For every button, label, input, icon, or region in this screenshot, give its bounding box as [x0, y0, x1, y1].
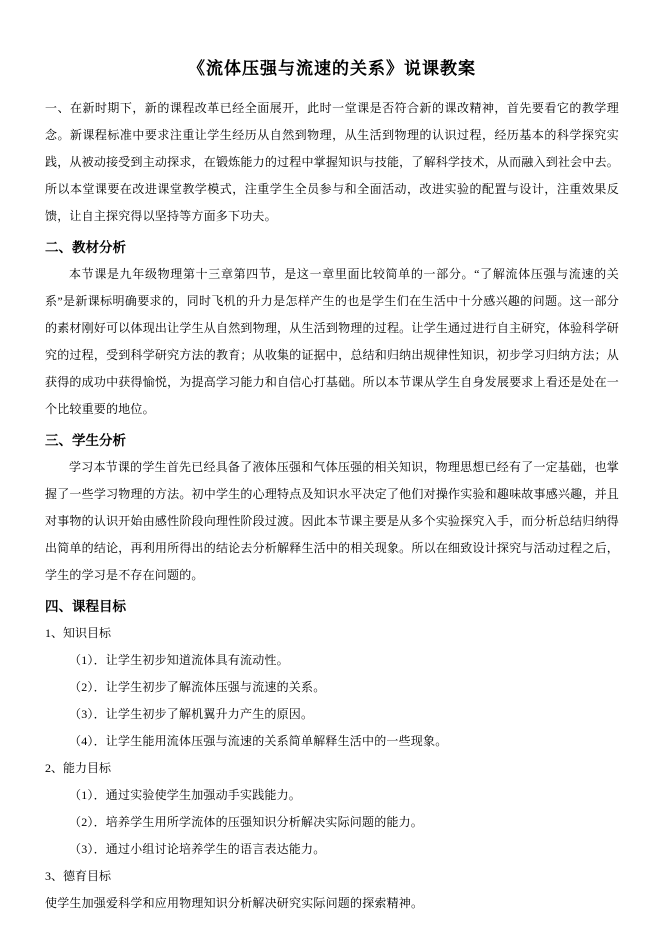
moral-goals-text: 使学生加强爱科学和应用物理知识分析解决研究实际问题的探索精神。: [45, 890, 619, 917]
intro-paragraph: 一、在新时期下，新的课程改革已经全面展开，此时一堂课是否符合新的课改精神，首先要…: [45, 95, 619, 230]
section-heading-textbook-analysis: 二、教材分析: [45, 234, 619, 261]
moral-goals-label: 3、德育目标: [45, 863, 619, 890]
knowledge-goal-item: （2）．让学生初步了解流体压强与流速的关系。: [45, 674, 619, 701]
knowledge-goal-item: （1）．让学生初步知道流体具有流动性。: [45, 647, 619, 674]
section-heading-student-analysis: 三、学生分析: [45, 427, 619, 454]
ability-goal-item: （1）．通过实验使学生加强动手实践能力。: [45, 782, 619, 809]
knowledge-goal-item: （4）．让学生能用流体压强与流速的关系简单解释生活中的一些现象。: [45, 728, 619, 755]
ability-goal-item: （2）．培养学生用所学流体的压强知识分析解决实际问题的能力。: [45, 809, 619, 836]
textbook-analysis-paragraph: 本节课是九年级物理第十三章第四节，是这一章里面比较简单的一部分。“了解流体压强与…: [45, 261, 619, 423]
ability-goals-label: 2、能力目标: [45, 755, 619, 782]
section-heading-course-goals: 四、课程目标: [45, 593, 619, 620]
knowledge-goals-label: 1、知识目标: [45, 620, 619, 647]
document-page: 《流体压强与流速的关系》说课教案 一、在新时期下，新的课程改革已经全面展开，此时…: [0, 0, 661, 935]
ability-goal-item: （3）．通过小组讨论培养学生的语言表达能力。: [45, 836, 619, 863]
page-title: 《流体压强与流速的关系》说课教案: [45, 56, 619, 82]
knowledge-goal-item: （3）．让学生初步了解机翼升力产生的原因。: [45, 701, 619, 728]
student-analysis-paragraph: 学习本节课的学生首先已经具备了液体压强和气体压强的相关知识，物理思想已经有了一定…: [45, 454, 619, 589]
